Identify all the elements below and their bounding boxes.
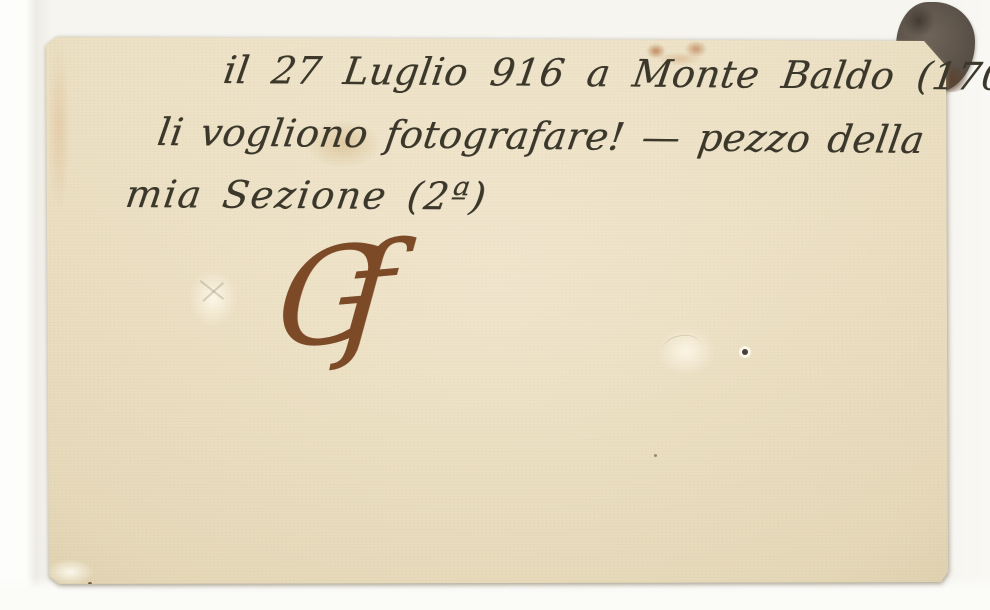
paper-dent-left — [185, 265, 241, 331]
corner-scuff — [46, 559, 94, 585]
handwritten-line-3: mia Sezione (2ª) — [123, 172, 491, 218]
handwritten-line-1: il 27 Luglio 916 a Monte Baldo (1700) — [221, 48, 990, 99]
ink-speck — [742, 349, 748, 355]
monogram-signature: Gf — [272, 223, 360, 376]
scan-background: il 27 Luglio 916 a Monte Baldo (1700) li… — [0, 0, 990, 610]
handwritten-line-2: li vogliono fotografare! — pezzo della — [155, 110, 928, 162]
paper-speck — [654, 454, 657, 457]
edge-foxing-stain — [48, 43, 70, 213]
paper-dent-right — [652, 323, 720, 379]
